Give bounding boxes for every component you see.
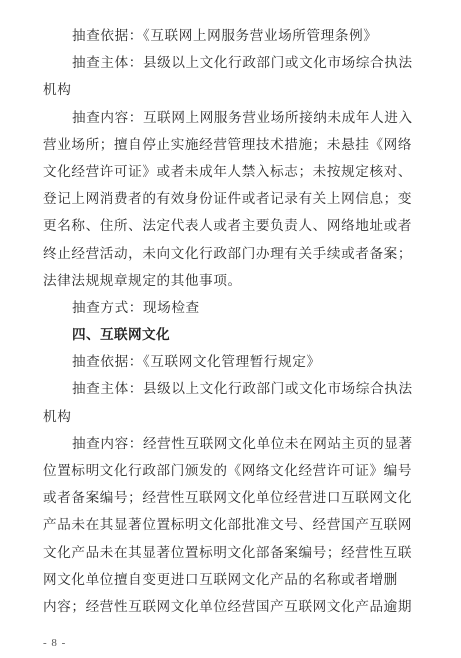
section3-content-line: 营业场所；擅自停止实施经营管理技术措施；未悬挂《网络 bbox=[43, 132, 399, 159]
section4-subject: 抽查主体：县级以上文化行政部门或文化市场综合执法 bbox=[43, 376, 399, 403]
section4-basis: 抽查依据：《互联网文化管理暂行规定》 bbox=[43, 349, 399, 376]
section4-content-line: 网文化单位擅自变更进口互联网文化产品的名称或者增删 bbox=[43, 567, 399, 594]
page-number: - 8 - bbox=[43, 637, 66, 649]
section3-subject: 抽查主体：县级以上文化行政部门或文化市场综合执法 bbox=[43, 50, 399, 77]
section4-content-line: 抽查内容：经营性互联网文化单位未在网站主页的显著 bbox=[43, 431, 399, 458]
section3-content-line: 法律法规规章规定的其他事项。 bbox=[43, 268, 399, 295]
section4-content-line: 内容；经营性互联网文化单位经营国产互联网文化产品逾期 bbox=[43, 594, 399, 621]
section3-subject-cont: 机构 bbox=[43, 77, 399, 104]
section3-content-line: 登记上网消费者的有效身份证件或者记录有关上网信息；变 bbox=[43, 186, 399, 213]
section3-content-line: 抽查内容：互联网上网服务营业场所接纳未成年人进入 bbox=[43, 105, 399, 132]
section4-content-line: 文化产品未在其显著位置标明文化部备案编号；经营性互联 bbox=[43, 540, 399, 567]
section3-content-line: 终止经营活动，未向文化行政部门办理有关手续或者备案； bbox=[43, 241, 399, 268]
section4-subject-cont: 机构 bbox=[43, 404, 399, 431]
document-page: 抽查依据：《互联网上网服务营业场所管理条例》 抽查主体：县级以上文化行政部门或文… bbox=[43, 23, 399, 621]
section3-basis: 抽查依据：《互联网上网服务营业场所管理条例》 bbox=[43, 23, 399, 50]
section3-content-line: 文化经营许可证》或者未成年人禁入标志；未按规定核对、 bbox=[43, 159, 399, 186]
section4-content-line: 位置标明文化行政部门颁发的《网络文化经营许可证》编号 bbox=[43, 458, 399, 485]
section4-content-line: 产品未在其显著位置标明文化部批准文号、经营国产互联网 bbox=[43, 512, 399, 539]
section4-content-line: 或者备案编号；经营性互联网文化单位经营进口互联网文化 bbox=[43, 485, 399, 512]
section4-heading: 四、互联网文化 bbox=[43, 322, 399, 349]
section3-method: 抽查方式：现场检查 bbox=[43, 295, 399, 322]
section3-content-line: 更名称、住所、法定代表人或者主要负责人、网络地址或者 bbox=[43, 213, 399, 240]
